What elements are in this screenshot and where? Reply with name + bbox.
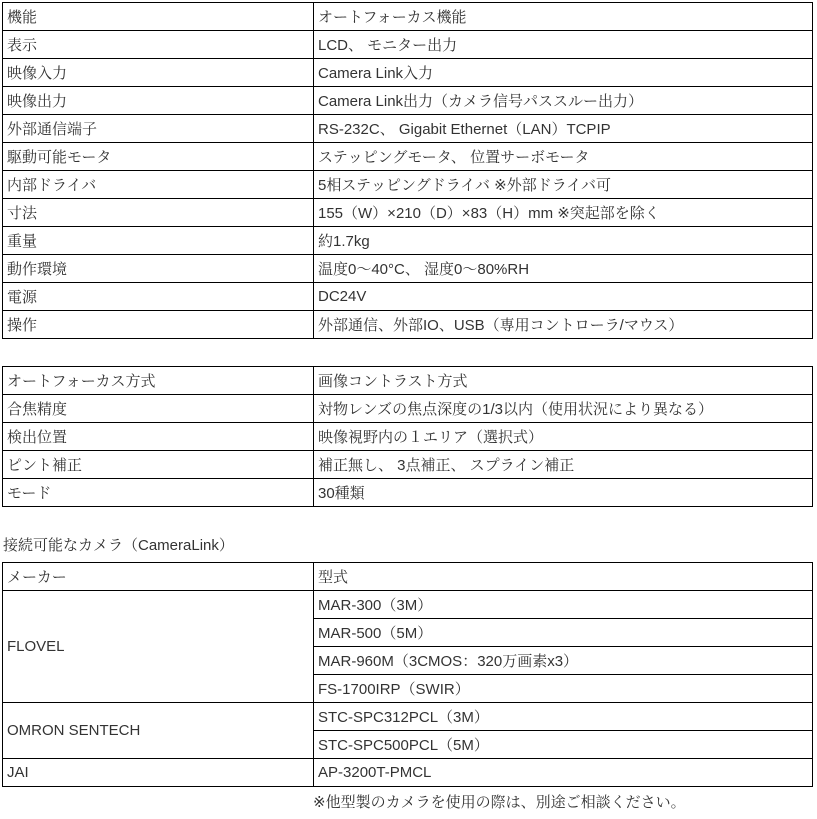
spec-value: Camera Link入力	[314, 59, 813, 87]
camera-model: AP-3200T-PMCL	[314, 759, 813, 787]
camera-maker: OMRON SENTECH	[3, 703, 314, 759]
spec-value: RS-232C、 Gigabit Ethernet（LAN）TCPIP	[314, 115, 813, 143]
table-row: 映像出力 Camera Link出力（カメラ信号パススルー出力）	[3, 87, 813, 115]
table-row: オートフォーカス方式 画像コントラスト方式	[3, 367, 813, 395]
spec-label: 操作	[3, 311, 314, 339]
camera-model: MAR-300（3M）	[314, 591, 813, 619]
table-row: 映像入力 Camera Link入力	[3, 59, 813, 87]
spec-label: オートフォーカス方式	[3, 367, 314, 395]
table-header-row: メーカー 型式	[3, 563, 813, 591]
spec-label: 外部通信端子	[3, 115, 314, 143]
camera-model: FS-1700IRP（SWIR）	[314, 675, 813, 703]
camera-model: STC-SPC500PCL（5M）	[314, 731, 813, 759]
column-header-maker: メーカー	[3, 563, 314, 591]
table-row: 表示 LCD、 モニター出力	[3, 31, 813, 59]
spec-label: 駆動可能モータ	[3, 143, 314, 171]
spec-label: 電源	[3, 283, 314, 311]
spec-value: オートフォーカス機能	[314, 3, 813, 31]
table-row: 電源 DC24V	[3, 283, 813, 311]
table-row: 内部ドライバ 5相ステッピングドライバ ※外部ドライバ可	[3, 171, 813, 199]
spec-label: 機能	[3, 3, 314, 31]
spec-value: DC24V	[314, 283, 813, 311]
table-row: 操作 外部通信、外部IO、USB（専用コントローラ/マウス）	[3, 311, 813, 339]
table-row: 検出位置 映像視野内の１エリア（選択式）	[3, 423, 813, 451]
camera-model: MAR-960M（3CMOS：320万画素x3）	[314, 647, 813, 675]
camera-maker: JAI	[3, 759, 314, 787]
camera-maker: FLOVEL	[3, 591, 314, 703]
camera-table: メーカー 型式 FLOVEL MAR-300（3M） MAR-500（5M） M…	[2, 562, 813, 787]
spec-label: 検出位置	[3, 423, 314, 451]
spec-value: 30種類	[314, 479, 813, 507]
spec-value: 約1.7kg	[314, 227, 813, 255]
spec-value: 映像視野内の１エリア（選択式）	[314, 423, 813, 451]
spec-value: 対物レンズの焦点深度の1/3以内（使用状況により異なる）	[314, 395, 813, 423]
spec-label: モード	[3, 479, 314, 507]
table-row: OMRON SENTECH STC-SPC312PCL（3M）	[3, 703, 813, 731]
spec-value: 外部通信、外部IO、USB（専用コントローラ/マウス）	[314, 311, 813, 339]
spec-label: 動作環境	[3, 255, 314, 283]
spec-value: 画像コントラスト方式	[314, 367, 813, 395]
spec-label: 重量	[3, 227, 314, 255]
spec-value: 155（W）×210（D）×83（H）mm ※突起部を除く	[314, 199, 813, 227]
table-row: FLOVEL MAR-300（3M）	[3, 591, 813, 619]
column-header-model: 型式	[314, 563, 813, 591]
spec-label: 寸法	[3, 199, 314, 227]
spec-label: 映像入力	[3, 59, 314, 87]
spec-value: 温度0～40°C、 湿度0～80%RH	[314, 255, 813, 283]
table-row: 外部通信端子 RS-232C、 Gigabit Ethernet（LAN）TCP…	[3, 115, 813, 143]
spec-value: 5相ステッピングドライバ ※外部ドライバ可	[314, 171, 813, 199]
spec-label: ピント補正	[3, 451, 314, 479]
spec-value: ステッピングモータ、 位置サーボモータ	[314, 143, 813, 171]
main-spec-table: 機能 オートフォーカス機能 表示 LCD、 モニター出力 映像入力 Camera…	[2, 2, 813, 339]
spec-value: Camera Link出力（カメラ信号パススルー出力）	[314, 87, 813, 115]
table-row: 動作環境 温度0～40°C、 湿度0～80%RH	[3, 255, 813, 283]
camera-model: MAR-500（5M）	[314, 619, 813, 647]
table-row: モード 30種類	[3, 479, 813, 507]
table-row: JAI AP-3200T-PMCL	[3, 759, 813, 787]
table-row: 機能 オートフォーカス機能	[3, 3, 813, 31]
cameras-section-heading: 接続可能なカメラ（CameraLink）	[3, 536, 817, 555]
spec-label: 映像出力	[3, 87, 314, 115]
spec-value: LCD、 モニター出力	[314, 31, 813, 59]
camera-model: STC-SPC312PCL（3M）	[314, 703, 813, 731]
spec-label: 表示	[3, 31, 314, 59]
table-row: 合焦精度 対物レンズの焦点深度の1/3以内（使用状況により異なる）	[3, 395, 813, 423]
table-row: 重量 約1.7kg	[3, 227, 813, 255]
spec-label: 合焦精度	[3, 395, 314, 423]
autofocus-spec-table: オートフォーカス方式 画像コントラスト方式 合焦精度 対物レンズの焦点深度の1/…	[2, 366, 813, 507]
spec-label: 内部ドライバ	[3, 171, 314, 199]
table-row: 寸法 155（W）×210（D）×83（H）mm ※突起部を除く	[3, 199, 813, 227]
table-row: 駆動可能モータ ステッピングモータ、 位置サーボモータ	[3, 143, 813, 171]
spec-value: 補正無し、 3点補正、 スプライン補正	[314, 451, 813, 479]
table-row: ピント補正 補正無し、 3点補正、 スプライン補正	[3, 451, 813, 479]
camera-footnote: ※他型製のカメラを使用の際は、別途ご相談ください。	[313, 793, 817, 812]
